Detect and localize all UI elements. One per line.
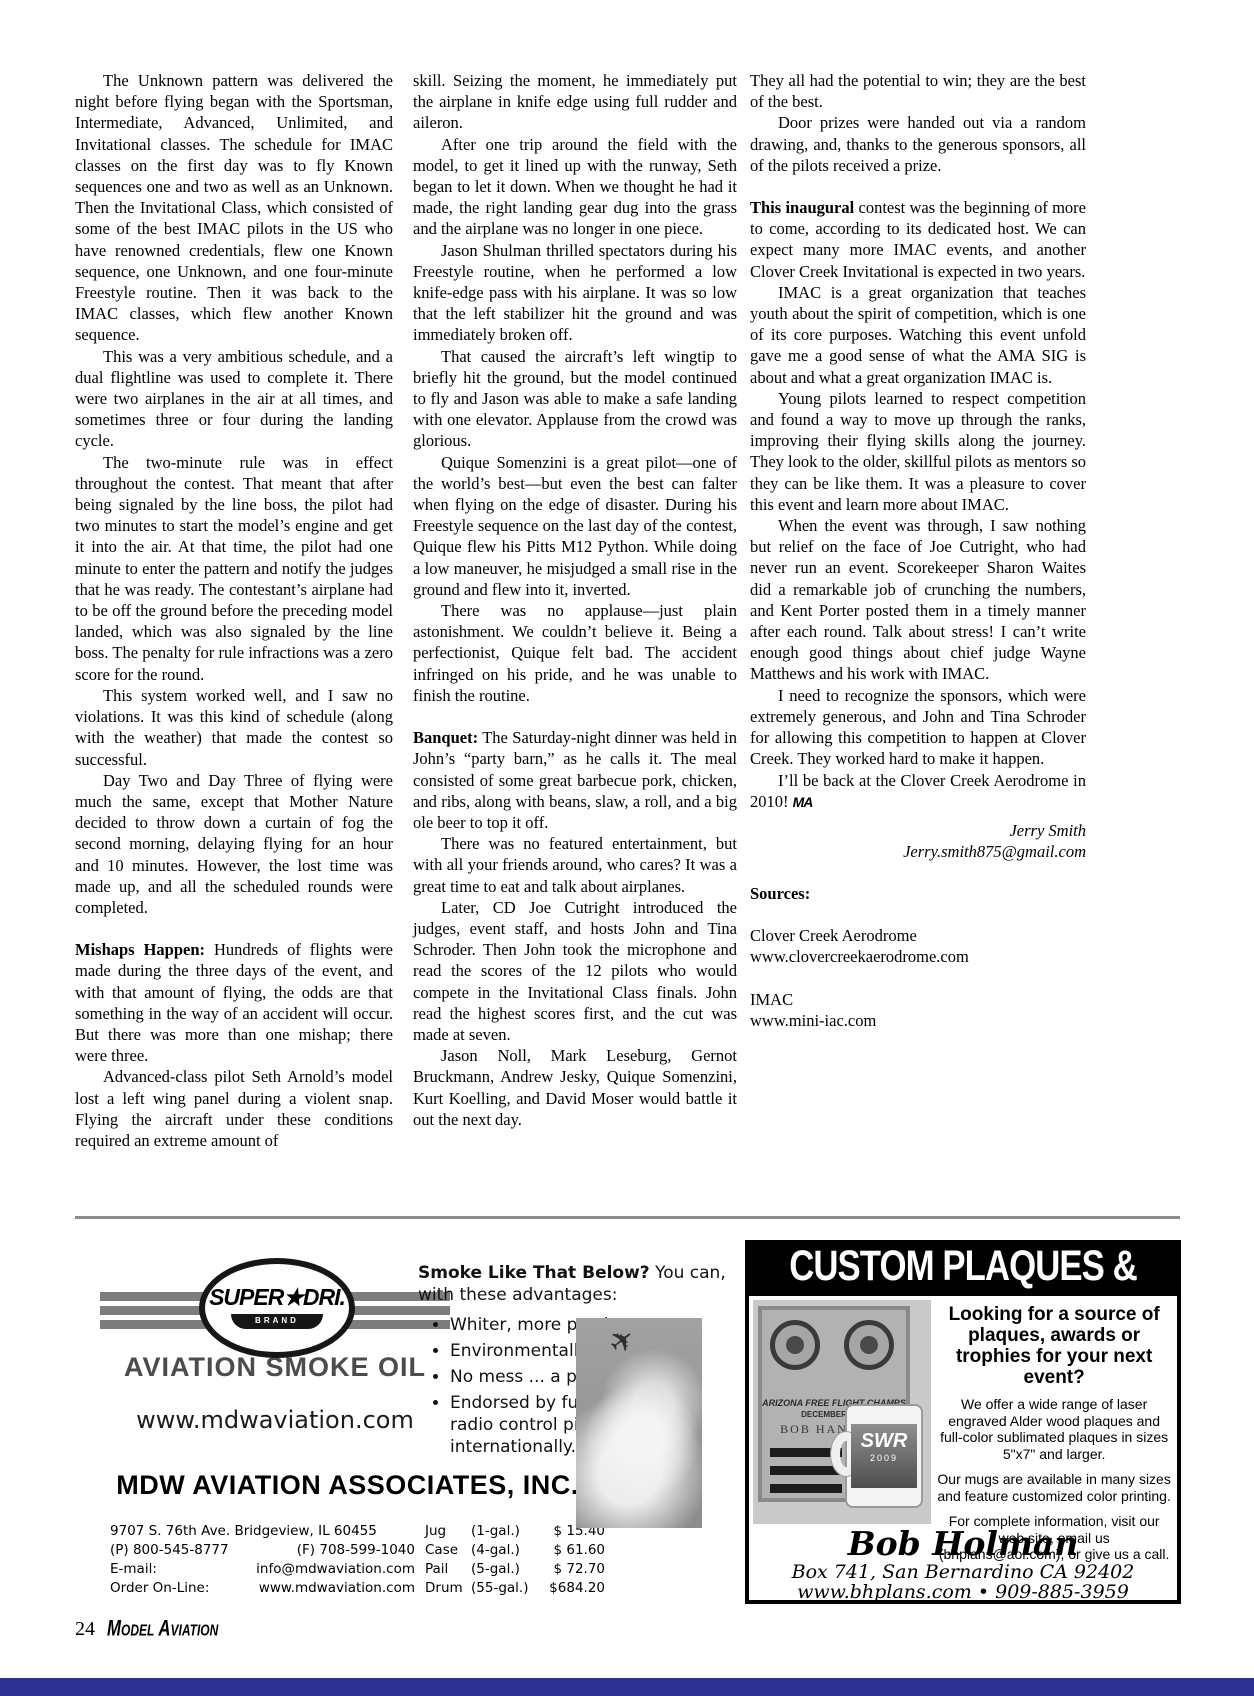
source-name: IMAC bbox=[750, 989, 1086, 1010]
price-row: Drum (55-gal.) $684.20 bbox=[425, 1579, 605, 1598]
bob-holman-address: Box 741, San Bernardino CA 92402 bbox=[749, 1562, 1177, 1582]
plaque-mug-photo: ARIZONA FREE FLIGHT CHAMPS DECEMBER 2008… bbox=[753, 1300, 931, 1524]
price-item: Drum bbox=[425, 1579, 471, 1598]
section-divider bbox=[75, 1216, 1180, 1219]
paragraph: Day Two and Day Three of flying were muc… bbox=[75, 770, 393, 918]
paragraph-lead: Banquet: bbox=[413, 728, 478, 747]
plaques-ad-header: CUSTOM PLAQUES & MUGS bbox=[749, 1244, 1177, 1296]
source-item: IMAC www.mini-iac.com bbox=[750, 989, 1086, 1031]
plaque-nameplate bbox=[770, 1466, 842, 1475]
paragraph: This system worked well, and I saw no vi… bbox=[75, 685, 393, 770]
paragraph: There was no applause—just plain astonis… bbox=[413, 600, 737, 706]
airplane-smoke-photo: ✈ bbox=[576, 1318, 702, 1528]
mug-year-text: 2009 bbox=[851, 1453, 917, 1463]
plaque-emblem-icon bbox=[844, 1320, 894, 1370]
mdw-email-link: info@mdwaviation.com bbox=[256, 1560, 415, 1579]
source-url: www.clovercreekaerodrome.com bbox=[750, 946, 1086, 967]
paragraph: I need to recognize the sponsors, which … bbox=[750, 685, 1086, 770]
paragraph: The Unknown pattern was delivered the ni… bbox=[75, 70, 393, 346]
superdri-oval-badge: SUPER★DRI. BRAND bbox=[199, 1258, 355, 1358]
mug-swr-text: SWR bbox=[851, 1430, 917, 1453]
mdw-order-row: Order On-Line: www.mdwaviation.com bbox=[110, 1579, 415, 1598]
plaques-ad-copy: Looking for a source of plaques, awards … bbox=[931, 1296, 1177, 1528]
mdw-phone-fax: (P) 800-545-8777 (F) 708-599-1040 bbox=[110, 1541, 415, 1560]
mdw-order-label: Order On-Line: bbox=[110, 1579, 209, 1598]
mdw-website-link: www.mdwaviation.com bbox=[100, 1406, 450, 1434]
sources-heading: Sources: bbox=[750, 883, 1086, 904]
paragraph: Door prizes were handed out via a random… bbox=[750, 112, 1086, 176]
price-item: Case bbox=[425, 1541, 471, 1560]
mug-image: SWR 2009 bbox=[845, 1404, 923, 1508]
paragraph: Jason Noll, Mark Leseburg, Gernot Bruckm… bbox=[413, 1045, 737, 1130]
mdw-price-table: Jug (1-gal.) $ 15.40 Case (4-gal.) $ 61.… bbox=[425, 1522, 605, 1598]
plaques-ad-paragraph: We offer a wide range of laser engraved … bbox=[937, 1396, 1171, 1462]
paragraph-lead: Mishaps Happen: bbox=[75, 940, 205, 959]
paragraph: Advanced-class pilot Seth Arnold’s model… bbox=[75, 1066, 393, 1151]
paragraph: That caused the aircraft’s left wingtip … bbox=[413, 346, 737, 452]
source-url: www.mini-iac.com bbox=[750, 1010, 1086, 1031]
article-column-3: They all had the potential to win; they … bbox=[750, 70, 1086, 1031]
paragraph: I’ll be back at the Clover Creek Aerodro… bbox=[750, 770, 1086, 812]
price-size: (5-gal.) bbox=[471, 1560, 545, 1579]
price-item: Pail bbox=[425, 1560, 471, 1579]
price-row: Case (4-gal.) $ 61.60 bbox=[425, 1541, 605, 1560]
paragraph: Quique Somenzini is a great pilot—one of… bbox=[413, 452, 737, 600]
magazine-logo: Model Aviation bbox=[107, 1617, 218, 1642]
mdw-email-row: E-mail: info@mdwaviation.com bbox=[110, 1560, 415, 1579]
price-value: $684.20 bbox=[545, 1579, 605, 1598]
plaques-ad-header-text: CUSTOM PLAQUES & MUGS bbox=[762, 1244, 1164, 1296]
paragraph: After one trip around the field with the… bbox=[413, 134, 737, 240]
paragraph: Banquet: The Saturday-night dinner was h… bbox=[413, 727, 737, 833]
paragraph: The two-minute rule was in effect throug… bbox=[75, 452, 393, 685]
mdw-address-text: 9707 S. 76th Ave. Bridgeview, IL 60455 bbox=[110, 1522, 377, 1541]
mdw-contact-block: 9707 S. 76th Ave. Bridgeview, IL 60455 (… bbox=[110, 1522, 415, 1598]
paragraph: Mishaps Happen: Hundreds of flights were… bbox=[75, 939, 393, 1066]
page-footer: 24 Model Aviation bbox=[75, 1618, 246, 1642]
price-size: (1-gal.) bbox=[471, 1522, 545, 1541]
plaques-ad-body: ARIZONA FREE FLIGHT CHAMPS DECEMBER 2008… bbox=[749, 1296, 1177, 1528]
price-item: Jug bbox=[425, 1522, 471, 1541]
source-name: Clover Creek Aerodrome bbox=[750, 925, 1086, 946]
byline: Jerry Smith Jerry.smith875@gmail.com bbox=[750, 820, 1086, 862]
price-value: $ 72.70 bbox=[545, 1560, 605, 1579]
paragraph: IMAC is a great organization that teache… bbox=[750, 282, 1086, 388]
airplane-icon: ✈ bbox=[602, 1320, 643, 1363]
page-number: 24 bbox=[75, 1618, 95, 1640]
article-column-2: skill. Seizing the moment, he immediatel… bbox=[413, 70, 737, 1130]
paragraph: skill. Seizing the moment, he immediatel… bbox=[413, 70, 737, 134]
paragraph-lead: This inaugural bbox=[750, 198, 854, 217]
paragraph: Jason Shulman thrilled spectators during… bbox=[413, 240, 737, 346]
plaques-ad-paragraph: Our mugs are available in many sizes and… bbox=[937, 1471, 1171, 1504]
paragraph: Later, CD Joe Cutright introduced the ju… bbox=[413, 897, 737, 1045]
paragraph: This inaugural contest was the beginning… bbox=[750, 197, 1086, 282]
paragraph: When the event was through, I saw nothin… bbox=[750, 515, 1086, 685]
byline-email: Jerry.smith875@gmail.com bbox=[750, 841, 1086, 862]
price-row: Pail (5-gal.) $ 72.70 bbox=[425, 1560, 605, 1579]
source-item: Clover Creek Aerodrome www.clovercreekae… bbox=[750, 925, 1086, 967]
price-size: (55-gal.) bbox=[471, 1579, 545, 1598]
plaque-emblem-icon bbox=[770, 1320, 820, 1370]
superdri-brand-name: SUPER★DRI. bbox=[205, 1284, 349, 1311]
mdw-order-link: www.mdwaviation.com bbox=[259, 1579, 415, 1598]
mdw-phone: (P) 800-545-8777 bbox=[110, 1541, 229, 1560]
mdw-address: 9707 S. 76th Ave. Bridgeview, IL 60455 bbox=[110, 1522, 415, 1541]
superdri-logo: SUPER★DRI. BRAND bbox=[100, 1256, 450, 1360]
article-column-1: The Unknown pattern was delivered the ni… bbox=[75, 70, 393, 1151]
paragraph: They all had the potential to win; they … bbox=[750, 70, 1086, 112]
mdw-company-name: MDW AVIATION ASSOCIATES, INC. bbox=[75, 1470, 620, 1501]
paragraph: This was a very ambitious schedule, and … bbox=[75, 346, 393, 452]
magazine-page: The Unknown pattern was delivered the ni… bbox=[0, 0, 1254, 1696]
price-value: $ 61.60 bbox=[545, 1541, 605, 1560]
mdw-email-label: E-mail: bbox=[110, 1560, 157, 1579]
plaque-nameplate bbox=[770, 1484, 842, 1493]
paragraph: There was no featured entertainment, but… bbox=[413, 833, 737, 897]
pitch-headline: Smoke Like That Below? bbox=[418, 1263, 650, 1283]
mug-label: SWR 2009 bbox=[851, 1424, 917, 1488]
byline-author: Jerry Smith bbox=[750, 820, 1086, 841]
price-size: (4-gal.) bbox=[471, 1541, 545, 1560]
mdw-fax: (F) 708-599-1040 bbox=[297, 1541, 415, 1560]
superdri-brand-sub: BRAND bbox=[231, 1314, 323, 1329]
bob-holman-contact: www.bhplans.com • 909-885-3959 bbox=[749, 1582, 1177, 1602]
custom-plaques-ad: CUSTOM PLAQUES & MUGS ARIZONA FREE FLIGH… bbox=[745, 1240, 1181, 1604]
bottom-color-bar bbox=[0, 1678, 1254, 1696]
plaques-ad-headline: Looking for a source of plaques, awards … bbox=[937, 1304, 1171, 1388]
paragraph: Young pilots learned to respect competit… bbox=[750, 388, 1086, 515]
ma-end-mark-icon: MA bbox=[793, 794, 813, 810]
